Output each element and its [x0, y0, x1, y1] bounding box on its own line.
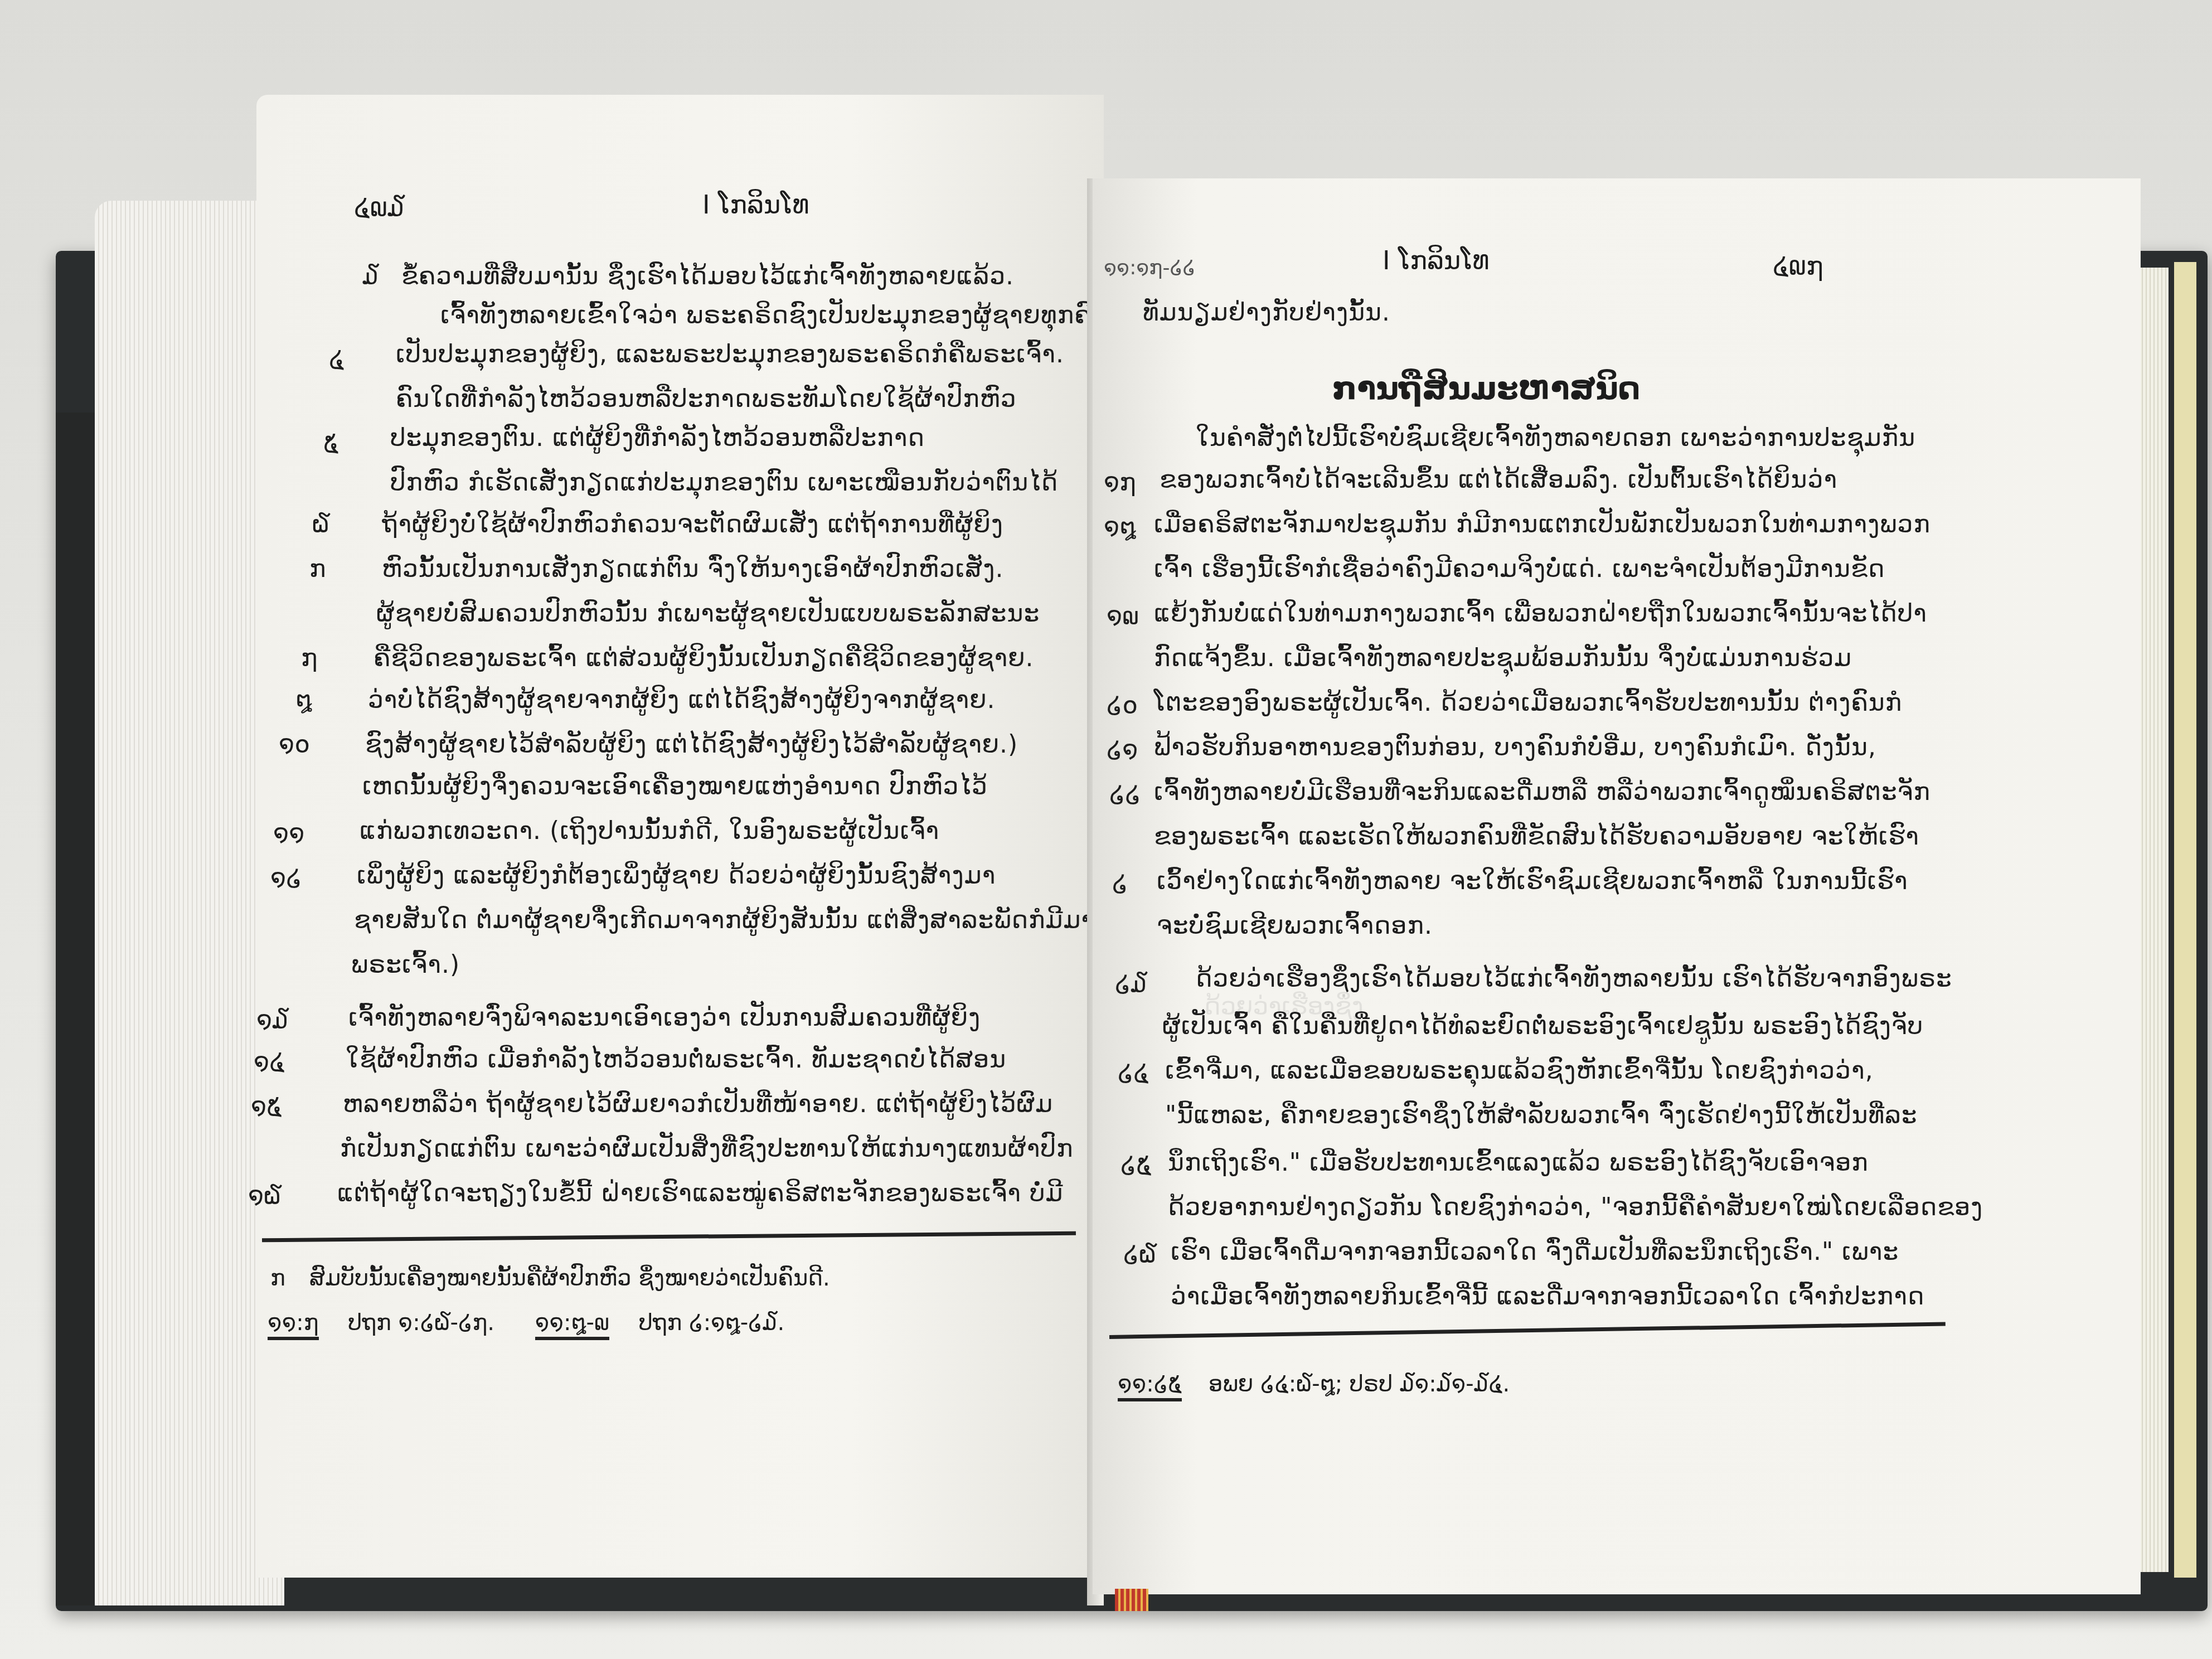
verse-text: ຟ້າວຮັບກິນອາຫານຂອງຕົນກ່ອນ, ບາງຄົນກໍບໍ່ອີ… — [1154, 733, 1876, 761]
verse-text: ວ່າເມື່ອເຈົ້າທັງຫລາຍກິນເຂົ້າຈີ່ນີ້ ແລະດື… — [1171, 1282, 1925, 1311]
continuation-text: ທັມນຽມຢ່າງກັບຢ່າງນັ້ນ. — [1143, 298, 1390, 327]
verse-text: "ນີ້ແຫລະ, ຄືກາຍຂອງເຮົາຊຶ່ງໃຫ້ສຳລັບພວກເຈົ… — [1165, 1101, 1918, 1129]
footnote-rule — [262, 1231, 1076, 1243]
verse-text: ເຮົາ ເມື່ອເຈົ້າດື່ມຈາກຈອກນີ້ເວລາໃດ ຈົ່ງດ… — [1171, 1238, 1899, 1266]
verse-text: ເຈົ້າທັງຫລາຍຈົ່ງພິຈາລະນາເອົາເອງວ່າ ເປັນກ… — [348, 1003, 981, 1032]
cross-reference-text: ປຖກ ໑:໒໖-໒໗. — [348, 1310, 494, 1336]
verse-text: ເຂົ້າຈີ່ມາ, ແລະເມື່ອຂອບພຣະຄຸນແລ້ວຊົງຫັກເ… — [1165, 1056, 1874, 1085]
footnote-marker: ກ — [309, 555, 326, 583]
verse-text: ຂອງພວກເຈົ້າບໍ່ໄດ້ຈະເລີນຂຶ້ນ ແຕ່ໄດ້ເສື່ອມ… — [1160, 465, 1837, 494]
verse-text: ເຈົ້າ ເຮືອງນີ້ເຮົາກໍເຊື່ອວ່າຄົງມີຄວາມຈິງ… — [1154, 555, 1885, 583]
verse-text: ດ້ວຍວ່າເຮືອງຊຶ່ງເຮົາໄດ້ມອບໄວ້ແກ່ເຈົ້າທັງ… — [1196, 964, 1952, 993]
verse-number: ໒໑ — [1107, 736, 1138, 764]
verse-text: ພຣະເຈົ້າ.) — [351, 950, 460, 979]
verse-text: ໃຊ້ຜ້າປົກຫົວ ເມື່ອກຳລັງໄຫວ້ວອນຕໍ່ພຣະເຈົ້… — [346, 1045, 1006, 1074]
verse-text: ໂຕະຂອງອົງພຣະຜູ້ເປັນເຈົ້າ. ດ້ວຍວ່າເມື່ອພວ… — [1154, 688, 1902, 717]
verse-text: ຜູ້ຊາຍບໍ່ສົມຄວນປົກຫົວນັ້ນ ກໍເພາະຜູ້ຊາຍເປ… — [376, 599, 1040, 628]
verse-text: ໃນຄຳສັ່ງຕໍ່ໄປນີ້ເຮົາບໍ່ຊົມເຊີຍເຈົ້າທັງຫລ… — [1196, 424, 1915, 452]
verse-number: ໑໖ — [248, 1182, 281, 1210]
headband — [1115, 1589, 1148, 1611]
verse-text: ດ້ວຍອາການຢ່າງດຽວກັນ ໂດຍຊົງກ່າວວ່າ, "ຈອກນ… — [1168, 1193, 1983, 1221]
verse-number: ໑໔ — [254, 1048, 285, 1076]
verse-number: ໓ — [362, 262, 379, 290]
verse-number: ໒໐ — [1107, 691, 1138, 720]
verse-number: ໑໕ — [251, 1093, 282, 1121]
verse-text: ວ່າບໍ່ໄດ້ຊົງສ້າງຜູ້ຊາຍຈາກຜູ້ຍິງ ແຕ່ໄດ້ຊົ… — [368, 686, 996, 714]
verse-text: ກົດແຈ້ງຂຶ້ນ. ເມື່ອເຈົ້າທັງຫລາຍປະຊຸມພ້ອມກ… — [1154, 644, 1852, 672]
cross-reference-text: ປຖກ ໒:໑໘-໒໓. — [639, 1310, 785, 1336]
verse-text: ເວົ້າຢ່າງໃດແກ່ເຈົ້າທັງຫລາຍ ຈະໃຫ້ເຮົາຊົມເ… — [1157, 867, 1908, 895]
verse-number: ໒໓ — [1115, 970, 1147, 998]
footnote-rule — [1109, 1322, 1946, 1339]
page-number: ໔໙໓ — [354, 192, 405, 222]
verse-text: ເພິ່ງຜູ້ຍິງ ແລະຜູ້ຍິງກໍຕ້ອງເພິ່ງຜູ້ຊາຍ ດ… — [357, 861, 996, 890]
verse-number: ໑໑ — [273, 819, 304, 848]
verse-text: ຄົນໃດທີ່ກຳລັງໄຫວ້ວອນຫລືປະກາດພຣະທັມໂດຍໃຊ້… — [396, 385, 1017, 413]
verse-number: ໖ — [312, 510, 329, 539]
verse-text: ແຍ້ງກັນບໍ່ແດ່ໃນທ່າມກາງພວກເຈົ້າ ເພື່ອພວກຝ… — [1154, 599, 1927, 628]
verse-text: ຂໍ້ຄວາມທີ່ສືບມານັ້ນ ຊຶ່ງເຮົາໄດ້ມອບໄວ້ແກ່… — [401, 262, 1014, 290]
cross-reference-key: ໑໑:໗ — [268, 1310, 319, 1340]
verse-number: ໒໖ — [1123, 1240, 1156, 1269]
verse-text: ເປັນປະມຸກຂອງຜູ້ຍິງ, ແລະພຣະປະມຸກຂອງພຣະຄຣິ… — [396, 340, 1064, 368]
cross-reference-key: ໑໑:໒໕ — [1118, 1371, 1182, 1401]
left-page: ໔໙໓ I ໂກລິນໂທ ໓ ຂໍ້ຄວາມທີ່ສືບມານັ້ນ ຊຶ່ງ… — [256, 95, 1104, 1578]
margin-reference: ໑໑:໑໗-໒໒ — [1104, 256, 1196, 279]
verse-number: ໑໒ — [270, 864, 302, 892]
page-edges-left — [95, 201, 284, 1605]
verse-text: ແຕ່ຖ້າຜູ້ໃດຈະຖຽງໃນຂໍ້ນີ້ ຝ່າຍເຮົາແລະໝູ່ຄ… — [337, 1179, 1063, 1207]
verse-text: ຖ້າຜູ້ຍິງບໍ່ໃຊ້ຜ້າປົກຫົວກໍຄວນຈະຕັດຜົມເສັ… — [382, 510, 1003, 539]
verse-text: ຈະບໍ່ຊົມເຊີຍພວກເຈົ້າດອກ. — [1157, 911, 1433, 940]
verse-number: ໑໗ — [1104, 468, 1136, 497]
verse-text: ເຈົ້າທັງຫລາຍບໍ່ມີເຮືອນທີ່ຈະກິນແລະດື່ມຫລື… — [1154, 778, 1930, 806]
footnote-text: ສົມບັບນັ້ນເຄື່ອງໝາຍນັ້ນຄືຜ້າປົກຫົວ ຊຶ່ງໝ… — [309, 1265, 830, 1291]
verse-number: ໘ — [295, 686, 312, 714]
verse-number: ໒໕ — [1120, 1151, 1152, 1180]
verse-number: ໒໒ — [1109, 780, 1141, 809]
verse-text: ເຫດນັ້ນຜູ້ຍິງຈຶ່ງຄວນຈະເອົາເຄື່ອງໝາຍແຫ່ງອ… — [362, 772, 988, 801]
verse-text: ຫົວນັ້ນເປັນການເສັ່ງກຽດແກ່ຕົນ ຈົ່ງໃຫ້ນາງເ… — [382, 555, 1003, 583]
verse-number: ໔ — [329, 346, 345, 374]
verse-number: ໑໙ — [1107, 602, 1139, 630]
cross-reference-text: ອພຍ ໒໔:໖-໘; ປຣປ ໓໑:໓໑-໓໔. — [1209, 1371, 1510, 1397]
verse-text: ເມື່ອຄຣິສຕະຈັກມາປະຊຸມກັນ ກໍມີການແຕກເປັນພ… — [1154, 510, 1930, 539]
right-page: I ໂກລິນໂທ ໔໙໗ ໑໑:໑໗-໒໒ ທັມນຽມຢ່າງກັບຢ່າງ… — [1093, 178, 2141, 1594]
footnote-marker: ກ — [270, 1265, 285, 1291]
verse-text: ກໍເປັນກຽດແກ່ຕົນ ເພາະວ່າຜົມເປັນສິ່ງທີ່ຊົງ… — [340, 1134, 1074, 1163]
show-through-text: ດ້ວຍວ່າເຮືອງຊຶ່ງ — [1204, 992, 1364, 1021]
cross-reference: ໑໑:໗ ປຖກ ໑:໒໖-໒໗. ໑໑:໘-໙ ປຖກ ໒:໑໘-໒໓. — [268, 1310, 784, 1336]
verse-number: ໑໘ — [1104, 513, 1136, 541]
verse-number: ໗ — [301, 644, 318, 672]
running-header: I ໂກລິນໂທ — [1382, 245, 1490, 275]
running-header: I ໂກລິນໂທ — [702, 190, 809, 220]
page-number: ໔໙໗ — [1773, 251, 1823, 281]
verse-text: ປົກຫົວ ກໍເຮັດເສັ່ງກຽດແກ່ປະມຸກຂອງຕົນ ເພາະ… — [390, 468, 1058, 497]
verse-number: ໑໐ — [279, 730, 310, 759]
verse-text: ຄືຊີວິດຂອງພຣະເຈົ້າ ແຕ່ສ່ວນຜູ້ຍິງນັ້ນເປັນ… — [373, 644, 1034, 672]
verse-number: ໕ — [323, 429, 339, 458]
section-heading: ການຖືສິນມະຫາສນິດ — [1332, 371, 1640, 407]
verse-text: ເຈົ້າທັງຫລາຍເຂົ້າໃຈວ່າ ພຣະຄຣິດຊົງເປັນປະມ… — [440, 301, 1117, 329]
verse-text: ຂອງພຣະເຈົ້າ ແລະເຮັດໃຫ້ພວກຄົນທີ່ຂັດສົນໄດ້… — [1154, 822, 1919, 851]
verse-text: ປະມຸກຂອງຕົນ. ແຕ່ຜູ້ຍິງທີ່ກຳລັງໄຫວ້ວອນຫລື… — [390, 424, 925, 452]
verse-text: ແກ່ພວກເທວະດາ. (ເຖິງປານນັ້ນກໍດີ, ໃນອົງພຣະ… — [360, 817, 939, 845]
verse-text: ຊາຍສັນໃດ ຕໍ່ມາຜູ້ຊາຍຈຶ່ງເກີດມາຈາກຜູ້ຍິງສ… — [354, 906, 1095, 934]
verse-number: ໒ — [1112, 870, 1128, 898]
verse-text: ຫລາຍຫລືວ່າ ຖ້າຜູ້ຊາຍໄວ້ຜົມຍາວກໍເປັນທີ່ໜ້… — [343, 1090, 1053, 1118]
verse-number: ໑໓ — [256, 1006, 289, 1035]
verse-text: ຊົງສ້າງຜູ້ຊາຍໄວ້ສຳລັບຜູ້ຍິງ ແຕ່ໄດ້ຊົງສ້າ… — [365, 730, 1018, 759]
verse-text: ນຶກເຖິງເຮົາ." ເມື່ອຮັບປະທານເຂົ້າແລງແລ້ວ … — [1168, 1148, 1869, 1177]
endpaper-strip — [2174, 262, 2196, 1578]
cross-reference-key: ໑໑:໘-໙ — [535, 1310, 609, 1340]
cross-reference: ໑໑:໒໕ ອພຍ ໒໔:໖-໘; ປຣປ ໓໑:໓໑-໓໔. — [1118, 1371, 1510, 1397]
verse-number: ໒໔ — [1118, 1059, 1149, 1088]
